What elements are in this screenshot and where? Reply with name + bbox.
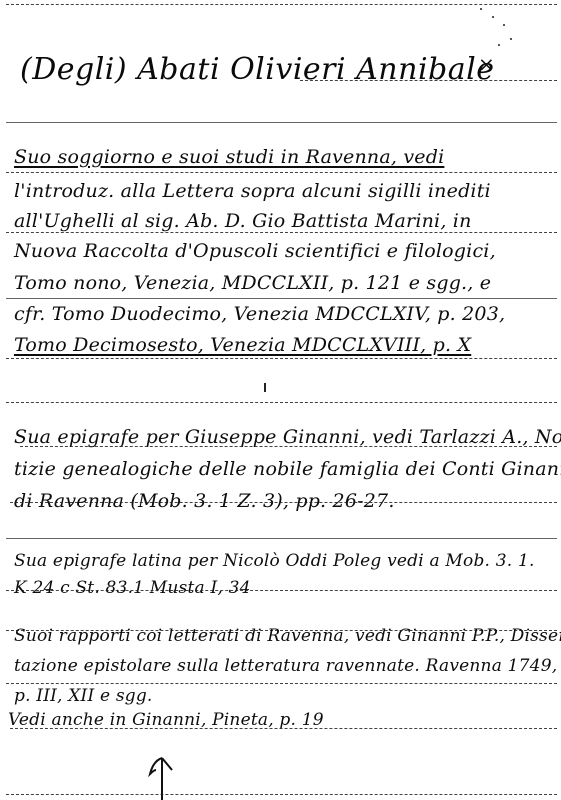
entry-3-line-2: K 24 c St. 83.1 Musta I, 34 [14, 580, 553, 597]
entry-4-line-3: p. III, XII e sgg. [14, 688, 553, 705]
entry-4-line-1: Suoi rapporti coi letterati di Ravenna, … [14, 628, 553, 645]
ruled-line [10, 728, 557, 729]
entry-1-line-7: Tomo Decimosesto, Venezia MDCCLXVIII, p.… [14, 336, 553, 355]
ruled-line [6, 358, 557, 359]
ruled-line [6, 232, 557, 233]
entry-2-line-1: Sua epigrafe per Giuseppe Ginanni, vedi … [14, 428, 553, 447]
cross-mark-icon: × [478, 52, 495, 76]
entry-1-line-2: l'introduz. alla Lettera sopra alcuni si… [14, 182, 553, 201]
scan-speck [498, 44, 500, 46]
ruled-line [6, 402, 557, 403]
scan-mark [264, 383, 266, 392]
entry-1-line-6: cfr. Tomo Duodecimo, Venezia MDCCLXIV, p… [14, 305, 553, 324]
ruled-line [10, 502, 557, 503]
entry-4-line-2: tazione epistolare sulla letteratura rav… [14, 658, 553, 675]
ruled-line [6, 122, 557, 123]
entry-1-line-3: all'Ughelli al sig. Ab. D. Gio Battista … [14, 212, 553, 231]
entry-2-line-2: tizie genealogiche delle nobile famiglia… [14, 460, 553, 479]
ruled-line [6, 683, 557, 684]
ruled-line [6, 172, 557, 173]
scan-speck [492, 16, 494, 18]
entry-1-line-1: Suo soggiorno e suoi studi in Ravenna, v… [14, 148, 553, 167]
card-title: (Degli) Abati Olivieri Annibale [20, 52, 494, 87]
entry-1-line-5: Tomo nono, Venezia, MDCCLXII, p. 121 e s… [14, 274, 553, 293]
scan-speck [510, 38, 512, 40]
ruled-line [6, 4, 557, 5]
ruled-line [6, 298, 557, 299]
scan-speck [480, 8, 482, 10]
ruled-line [6, 538, 557, 539]
entry-1-line-4: Nuova Raccolta d'Opuscoli scientifici e … [14, 242, 553, 261]
entry-3-line-1: Sua epigrafe latina per Nicolò Oddi Pole… [14, 553, 553, 570]
arrow-up-icon [148, 752, 174, 800]
entry-5-line-1: Vedi anche in Ginanni, Pineta, p. 19 [8, 712, 553, 729]
ruled-line [20, 446, 557, 447]
ruled-line [300, 80, 557, 81]
index-card: (Degli) Abati Olivieri Annibale × Suo so… [0, 0, 561, 800]
ruled-line [6, 590, 557, 591]
ruled-line [6, 794, 557, 795]
scan-speck [503, 24, 505, 26]
